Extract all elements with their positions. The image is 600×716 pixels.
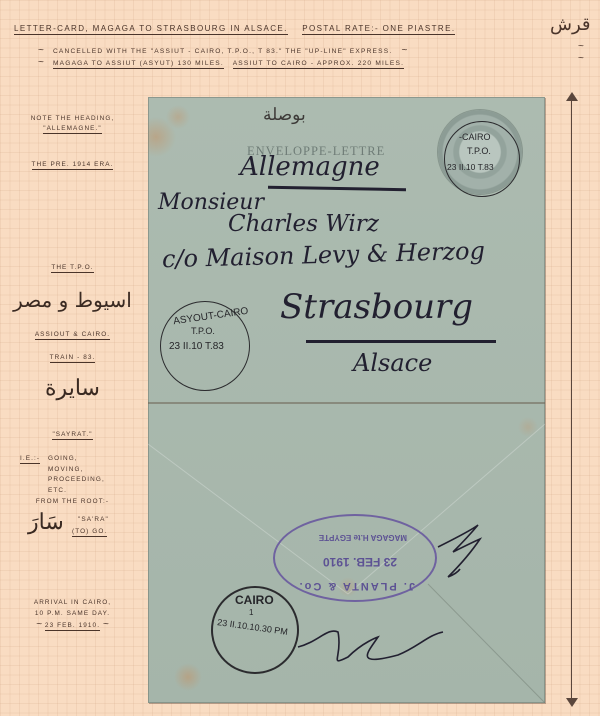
arrival-date: 23 Feb. 1910. — [45, 622, 100, 631]
cancel-note-text: Cancelled with the "Assiut - Cairo, T.P.… — [53, 48, 392, 55]
tilde-mark: ~ — [38, 45, 44, 56]
note-root: From the root:- — [0, 497, 145, 507]
note-era: The pre. 1914 era. — [0, 160, 145, 170]
tpo-postmark: ASYOUT-CAIRO T.P.O. 23 II.10 T.83 — [160, 301, 250, 391]
note-sayrat: "Sayrat." — [0, 430, 145, 440]
route-text: Assiout & Cairo. — [35, 331, 110, 340]
address-region: Alsace — [353, 349, 432, 377]
note-heading: Note the heading, "Allemagne." — [0, 114, 145, 134]
address-name: Charles Wirz — [228, 211, 379, 237]
tilde-mark: ~ — [36, 619, 42, 630]
note-meanings: i.e.:- — [20, 454, 40, 464]
tilde-mark: ~ — [578, 53, 584, 64]
note-route: Assiout & Cairo. — [0, 330, 145, 340]
train-text: Train - 83. — [50, 354, 96, 363]
tilde-mark: ~ — [401, 45, 407, 56]
meaning-item: Proceeding, — [48, 475, 105, 486]
tilde-mark: ~ — [103, 619, 109, 630]
arrival-line1: Arrival in Cairo, — [0, 597, 145, 608]
arabic-qirsh-text: قرش — [550, 14, 591, 35]
arabic-root-text: سَارَ — [28, 510, 64, 535]
header-distance-note: ~ Magaga to Assiut (Asyut) 130 miles. As… — [38, 57, 404, 68]
letter-card-envelope: بوصلة ENVELOPPE-LETTRE -CAIRO T.P.O. 23 … — [148, 97, 545, 703]
postmark-text: 23 II.10 T.83 — [447, 162, 494, 172]
sayrat-text: "Sayrat." — [52, 431, 92, 440]
signature-flourish — [268, 517, 528, 677]
postmark-text: ASYOUT-CAIRO — [173, 306, 249, 327]
header-cancel-note: ~ Cancelled with the "Assiut - Cairo, T.… — [38, 45, 407, 56]
note-heading-line2: "Allemagne." — [43, 125, 102, 134]
meaning-item: etc. — [48, 486, 105, 497]
header-letter-card: Letter-card, Magaga to Strasbourg in Als… — [14, 24, 288, 35]
postmark-text: 1 — [249, 608, 253, 617]
arabic-sayrat-text: سايرة — [0, 375, 145, 403]
tilde-mark: ~ — [38, 57, 44, 68]
arrow-up-icon — [566, 92, 578, 101]
meanings-list: Going, Moving, Proceeding, etc. — [48, 454, 105, 496]
address-care-of: c/o Maison Levy & Herzog — [162, 237, 486, 273]
country-underline — [268, 186, 406, 191]
meaning-item: Going, — [48, 454, 105, 465]
meaning-item: Moving, — [48, 465, 105, 476]
note-arrival: Arrival in Cairo, 10 P.M. same day. ~ 23… — [0, 597, 145, 631]
height-measure-line — [571, 95, 572, 702]
note-tpo: The T.P.O. — [0, 263, 145, 273]
postmark-text: 23 II.10 T.83 — [169, 341, 224, 352]
header-postal-rate: Postal rate:- One Piastre. — [302, 24, 455, 35]
ie-label: i.e.:- — [20, 455, 40, 464]
arrival-line2: 10 P.M. same day. — [0, 608, 145, 619]
distance-assiut-cairo: Assiut to Cairo - Approx. 220 miles. — [233, 60, 404, 69]
address-country: Allemagne — [240, 152, 380, 182]
header-title: Letter-card, Magaga to Strasbourg in Als… — [14, 24, 455, 35]
note-heading-line1: Note the heading, — [0, 114, 145, 124]
address-city: Strasbourg — [280, 287, 473, 327]
arrow-down-icon — [566, 698, 578, 707]
arabic-post-header: بوصلة — [263, 105, 306, 125]
postmark-text: T.P.O. — [467, 146, 491, 156]
tpo-text: The T.P.O. — [51, 264, 93, 273]
root-translit: "Sa'ra" — [78, 516, 109, 523]
arabic-route-text: اسيوط و مصر — [0, 288, 145, 312]
note-train: Train - 83. — [0, 353, 145, 363]
root-meaning-text: (to) Go. — [72, 528, 107, 537]
root-meaning: (to) Go. — [72, 528, 120, 535]
stamp-postmark: -CAIRO T.P.O. 23 II.10 T.83 — [444, 121, 520, 197]
distance-magaga-assiut: Magaga to Assiut (Asyut) 130 miles. — [53, 60, 224, 69]
postmark-text: -CAIRO — [459, 132, 491, 142]
era-text: The pre. 1914 era. — [32, 161, 114, 170]
city-underline — [306, 340, 496, 343]
postmark-text: T.P.O. — [191, 326, 215, 336]
tilde-mark: ~ — [578, 41, 584, 52]
card-fold-line — [148, 402, 545, 404]
